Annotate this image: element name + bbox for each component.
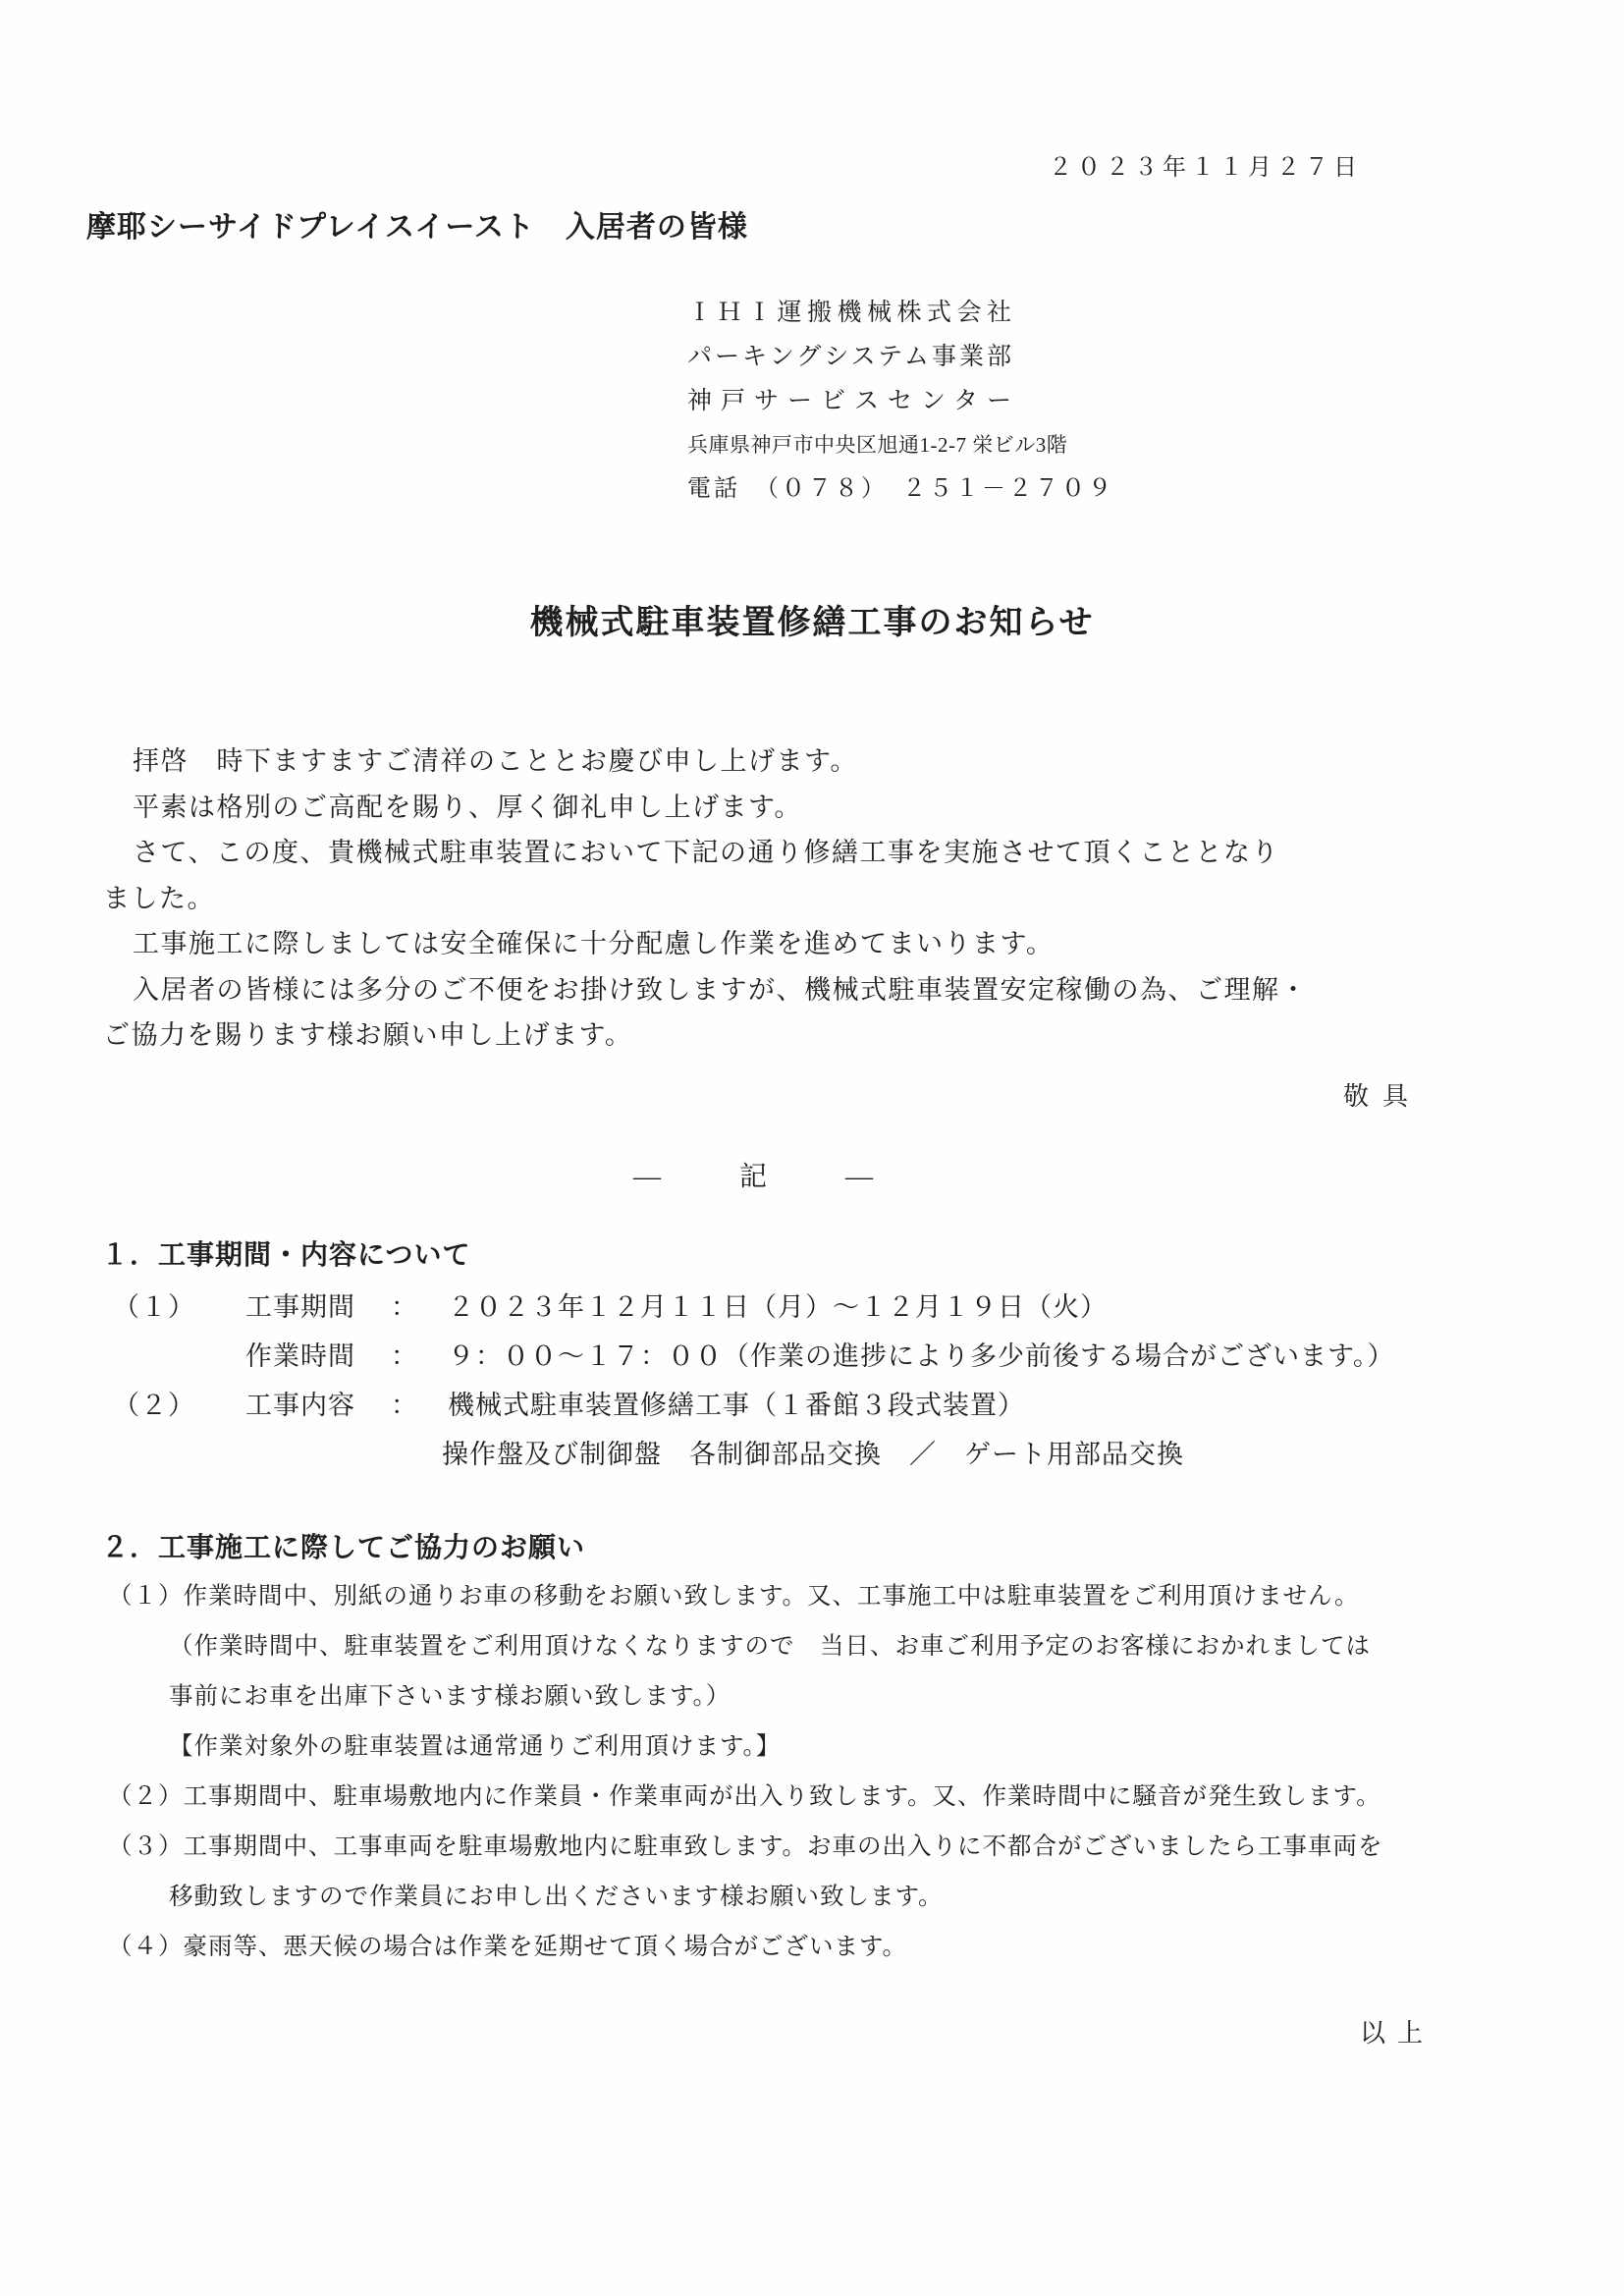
request-line: （４）豪雨等、悪天候の場合は作業を延期せて頂く場合がございます。 bbox=[0, 1922, 1591, 1972]
record-separator: ― 記 ― bbox=[0, 1155, 1532, 1194]
request-line: 事前にお車を出庫下さいます様お願い致します。） bbox=[0, 1671, 1591, 1722]
item-number: （１） bbox=[113, 1283, 245, 1332]
closing-word: 敬具 bbox=[1343, 1076, 1422, 1113]
request-line: （作業時間中、駐車装置をご利用頂けなくなりますので 当日、お車ご利用予定のお客様… bbox=[0, 1621, 1591, 1671]
request-line: 移動致しますので作業員にお申し出くださいます様お願い致します。 bbox=[0, 1872, 1591, 1922]
notice-letter-page: ２０２３年１１月２７日 摩耶シーサイドプレイスイースト 入居者の皆様 ＩＨＩ運搬… bbox=[0, 0, 1624, 2296]
sender-office-address: 兵庫県神戸市中央区旭通1-2-7 栄ビル3階 bbox=[687, 423, 1011, 467]
sender-block: ＩＨＩ運搬機械株式会社 パーキングシステム事業部 神戸サービスセンター 兵庫県神… bbox=[687, 291, 1011, 512]
body-line: 工事施工に際しましては安全確保に十分配慮し作業を進めてまいります。 bbox=[103, 921, 1438, 967]
item-label: 作業時間 bbox=[245, 1332, 391, 1381]
work-content-row: （２）工事内容：機械式駐車装置修繕工事（１番館３段式装置） bbox=[0, 1381, 1532, 1430]
item-label: 工事内容 bbox=[245, 1381, 391, 1430]
section-1-detail-rows: （１）工事期間：２０２３年１２月１１日（月）～１２月１９日（火） 作業時間：９：… bbox=[0, 1283, 1532, 1479]
sender-company-name: ＩＨＩ運搬機械株式会社 bbox=[687, 291, 1011, 335]
work-content-detail-row: 操作盤及び制御盤 各制御部品交換 ／ ゲート用部品交換 bbox=[442, 1430, 1532, 1479]
request-line: （３）工事期間中、工事車両を駐車場敷地内に駐車致します。お車の出入りに不都合がご… bbox=[0, 1822, 1591, 1872]
body-line: 平素は格別のご高配を賜り、厚く御礼申し上げます。 bbox=[103, 785, 1438, 831]
item-colon: ： bbox=[391, 1332, 448, 1381]
greeting-paragraphs: 拝啓 時下ますますご清祥のこととお慶び申し上げます。 平素は格別のご高配を賜り、… bbox=[103, 738, 1438, 1059]
item-colon: ： bbox=[391, 1381, 448, 1430]
item-colon: ： bbox=[391, 1283, 448, 1332]
section-2-heading: ２．工事施工に際してご協力のお願い bbox=[101, 1526, 585, 1565]
document-date: ２０２３年１１月２７日 bbox=[1049, 147, 1362, 182]
sender-division-name: パーキングシステム事業部 bbox=[687, 335, 1011, 379]
closing-ijou-word: 以上 bbox=[1360, 2013, 1435, 2050]
request-line: （１）作業時間中、別紙の通りお車の移動をお願い致します。又、工事施工中は駐車装置… bbox=[0, 1571, 1591, 1621]
work-period-value: ２０２３年１２月１１日（月）～１２月１９日（火） bbox=[448, 1292, 1108, 1322]
item-number: （２） bbox=[113, 1381, 245, 1430]
work-hours-value: ９：００～１７：００（作業の進捗により多少前後する場合がございます。） bbox=[448, 1341, 1394, 1371]
sender-office-name: 神戸サービスセンター bbox=[687, 379, 1011, 423]
body-line: 入居者の皆様には多分のご不便をお掛け致しますが、機械式駐車装置安定稼働の為、ご理… bbox=[103, 967, 1438, 1013]
work-hours-row: 作業時間：９：００～１７：００（作業の進捗により多少前後する場合がございます。） bbox=[0, 1332, 1532, 1381]
notice-title: 機械式駐車装置修繕工事のお知らせ bbox=[0, 595, 1624, 643]
work-period-row: （１）工事期間：２０２３年１２月１１日（月）～１２月１９日（火） bbox=[0, 1283, 1532, 1332]
body-line: さて、この度、貴機械式駐車装置において下記の通り修繕工事を実施させて頂くこととな… bbox=[103, 830, 1438, 876]
addressee-line: 摩耶シーサイドプレイスイースト 入居者の皆様 bbox=[86, 202, 748, 246]
section-1-heading: １．工事期間・内容について bbox=[101, 1233, 470, 1273]
request-line: 【作業対象外の駐車装置は通常通りご利用頂けます。】 bbox=[0, 1722, 1591, 1772]
section-2-request-lines: （１）作業時間中、別紙の通りお車の移動をお願い致します。又、工事施工中は駐車装置… bbox=[0, 1571, 1591, 1972]
request-line: （２）工事期間中、駐車場敷地内に作業員・作業車両が出入り致します。又、作業時間中… bbox=[0, 1772, 1591, 1822]
work-content-value: 機械式駐車装置修繕工事（１番館３段式装置） bbox=[448, 1391, 1025, 1420]
item-label: 工事期間 bbox=[245, 1283, 391, 1332]
body-line: ご協力を賜ります様お願い申し上げます。 bbox=[103, 1012, 1438, 1059]
body-line: 拝啓 時下ますますご清祥のこととお慶び申し上げます。 bbox=[103, 738, 1438, 785]
sender-phone-number: 電話 （０７８） ２５１－２７０９ bbox=[687, 467, 1011, 512]
body-line: ました。 bbox=[103, 876, 1438, 922]
